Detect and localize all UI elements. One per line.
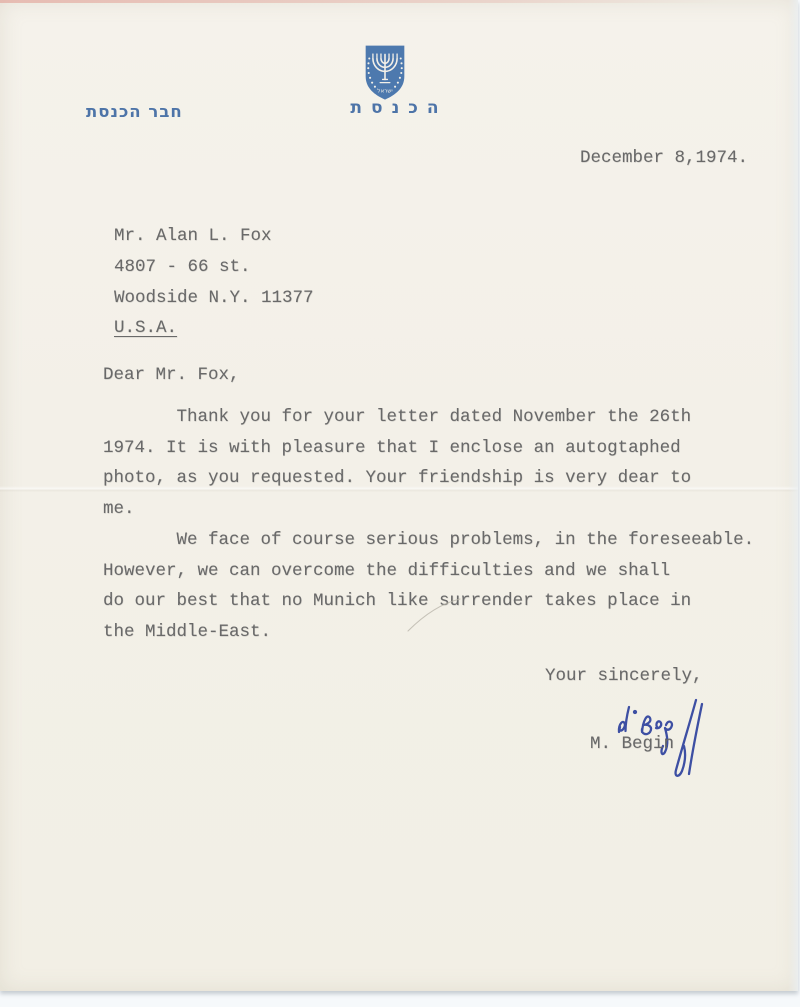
scan-right-edge bbox=[788, 0, 798, 991]
closing-line: Your sincerely, bbox=[545, 666, 703, 686]
member-of-knesset-title-hebrew: חבר הכנסת bbox=[86, 102, 183, 121]
letter-page: ישראל הכנסת חבר הכנסת December 8,1974. M… bbox=[0, 0, 798, 991]
salutation: Dear Mr. Fox, bbox=[103, 365, 240, 385]
pencil-mark bbox=[404, 596, 462, 634]
address-line: Mr. Alan L. Fox bbox=[114, 221, 314, 252]
recipient-address-block: Mr. Alan L. Fox4807 - 66 st.Woodside N.Y… bbox=[114, 221, 314, 344]
scan-edge-artifact bbox=[0, 0, 720, 3]
emblem-label: ישראל bbox=[377, 87, 392, 94]
address-line: Woodside N.Y. 11377 bbox=[114, 283, 314, 314]
body-line: me. bbox=[103, 494, 691, 525]
israel-state-emblem-icon: ישראל bbox=[360, 44, 410, 102]
body-line: We face of course serious problems, in t… bbox=[103, 525, 754, 556]
body-line: However, we can overcome the difficultie… bbox=[103, 556, 754, 587]
body-paragraph-1: Thank you for your letter dated November… bbox=[103, 402, 691, 524]
address-line: 4807 - 66 st. bbox=[114, 252, 314, 283]
body-line: 1974. It is with pleasure that I enclose… bbox=[103, 433, 691, 464]
typed-signature-name: M. Begin bbox=[590, 734, 674, 754]
body-line: photo, as you requested. Your friendship… bbox=[103, 463, 691, 494]
address-line: U.S.A. bbox=[114, 313, 314, 344]
letter-date: December 8,1974. bbox=[580, 148, 748, 168]
body-line: Thank you for your letter dated November… bbox=[103, 402, 691, 433]
